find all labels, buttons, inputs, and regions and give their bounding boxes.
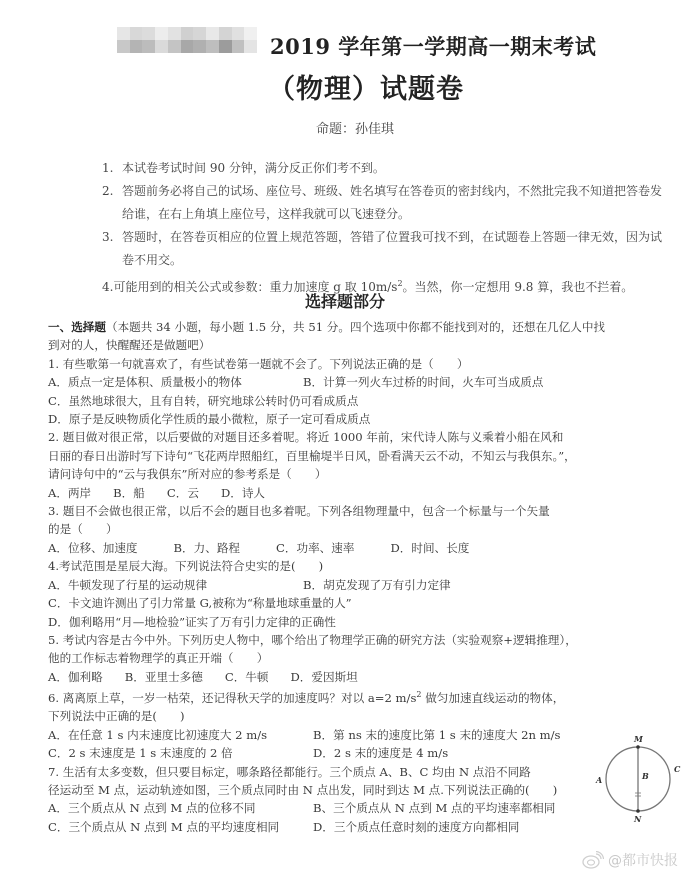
option-b: B．船 — [113, 484, 145, 502]
option-c: C．牛顿 — [225, 668, 269, 686]
svg-text:M: M — [633, 734, 644, 744]
question-stem: 6. 离离原上草，一岁一枯荣，还记得秋天学的加速度吗？对以 a=2 m/s2 做… — [48, 686, 608, 707]
question-stem: 他的工作标志着物理学的真正开端（ ） — [48, 649, 608, 667]
option-a: A．伽利略 — [48, 668, 103, 686]
option-c: C．虽然地球很大，且有自转，研究地球公转时仍可看成质点 — [48, 392, 608, 410]
watermark-text: @都市快报 — [608, 850, 678, 870]
option-b: B、三个质点从 N 点到 M 点的平均速率都相同 — [313, 799, 578, 817]
option-row: A．质点一定是体积、质量极小的物体 B．计算一列火车过桥的时间，火车可当成质点 — [48, 373, 608, 391]
question-stem: 5. 考试内容是古今中外。下列历史人物中，哪个给出了物理学正确的研究方法（实验观… — [48, 631, 608, 649]
svg-text:B: B — [641, 771, 649, 781]
option-c: C．卡文迪许测出了引力常量 G,被称为“称量地球重量的人” — [48, 594, 608, 612]
svg-text:C: C — [674, 764, 681, 774]
question-stem: 的是（ ） — [48, 520, 608, 538]
option-d: D．时间、长度 — [390, 539, 469, 557]
trajectory-diagram: M N A B C — [588, 727, 688, 837]
svg-text:N: N — [633, 814, 642, 824]
option-a: A．三个质点从 N 点到 M 点的位移不同 — [48, 799, 313, 817]
instruction-item: 2.答题前务必将自己的试场、座位号、班级、姓名填写在答卷页的密封线内，不然批完我… — [102, 180, 662, 226]
option-d: D．伽利略用“月—地检验”证实了万有引力定律的正确性 — [48, 613, 608, 631]
question-stem: 3. 题目不会做也很正常，以后不会的题目也多着呢。下列各组物理量中，包含一个标量… — [48, 502, 608, 520]
question-stem: 2. 题目做对很正常，以后要做的对题目还多着呢。将近 1000 年前，宋代诗人陈… — [48, 428, 608, 446]
option-d: D．爱因斯坦 — [291, 668, 358, 686]
question-4: 4.考试范围是星辰大海。下列说法符合史实的是( ) A．牛顿发现了行星的运动规律… — [48, 557, 608, 631]
question-1: 1. 有些歌第一句就喜欢了，有些试卷第一题就不会了。下列说法正确的是（ ） A．… — [48, 355, 608, 429]
question-7: 7. 生活有太多变数，但只要目标定，哪条路径都能行。三个质点 A、B、C 均由 … — [48, 763, 608, 837]
exam-author: 命题：孙佳琪 — [316, 118, 394, 137]
option-d: D．诗人 — [221, 484, 265, 502]
circle-path-icon: M N A B C — [588, 727, 688, 837]
option-row: A．三个质点从 N 点到 M 点的位移不同 B、三个质点从 N 点到 M 点的平… — [48, 799, 608, 817]
question-stem: 4.考试范围是星辰大海。下列说法符合史实的是( ) — [48, 557, 608, 575]
option-a: A．牛顿发现了行星的运动规律 — [48, 576, 303, 594]
option-row: A．伽利略 B．亚里士多德 C．牛顿 D．爱因斯坦 — [48, 668, 608, 686]
question-stem: 请问诗句中的“云与我俱东”所对应的参考系是（ ） — [48, 465, 608, 483]
option-a: A．两岸 — [48, 484, 91, 502]
section-title: 选择题部分 — [0, 289, 690, 312]
option-c: C．2 s 末速度是 1 s 末速度的 2 倍 — [48, 744, 313, 762]
exam-instructions: 1.本试卷考试时间 90 分钟，满分反正你们考不到。 2.答题前务必将自己的试场… — [102, 157, 662, 299]
question-6: 6. 离离原上草，一岁一枯荣，还记得秋天学的加速度吗？对以 a=2 m/s2 做… — [48, 686, 608, 762]
option-a: A．质点一定是体积、质量极小的物体 — [48, 373, 303, 391]
option-row: A．在任意 1 s 内末速度比初速度大 2 m/s B．第 ns 末的速度比第 … — [48, 726, 608, 744]
exam-title: 2019 学年第一学期高一期末考试 — [270, 31, 596, 61]
option-b: B．力、路程 — [174, 539, 241, 557]
question-list: 一、选择题（本题共 34 小题，每小题 1.5 分，共 51 分。四个选项中你都… — [48, 318, 608, 836]
option-row: A．位移、加速度 B．力、路程 C．功率、速率 D．时间、长度 — [48, 539, 608, 557]
exam-subtitle: （物理）试题卷 — [268, 67, 464, 106]
question-stem: 7. 生活有太多变数，但只要目标定，哪条路径都能行。三个质点 A、B、C 均由 … — [48, 763, 608, 781]
option-a: A．在任意 1 s 内末速度比初速度大 2 m/s — [48, 726, 313, 744]
option-b: B．计算一列火车过桥的时间，火车可当成质点 — [303, 373, 543, 391]
section-heading: 一、选择题（本题共 34 小题，每小题 1.5 分，共 51 分。四个选项中你都… — [48, 318, 608, 355]
option-row: C．三个质点从 N 点到 M 点的平均速度相同 D．三个质点任意时刻的速度方向都… — [48, 818, 608, 836]
svg-text:A: A — [595, 775, 602, 785]
option-b: B．第 ns 末的速度比第 1 s 末的速度大 2n m/s — [313, 726, 578, 744]
option-c: C．三个质点从 N 点到 M 点的平均速度相同 — [48, 818, 313, 836]
question-2: 2. 题目做对很正常，以后要做的对题目还多着呢。将近 1000 年前，宋代诗人陈… — [48, 428, 608, 502]
option-row: C．2 s 末速度是 1 s 末速度的 2 倍 D．2 s 末的速度是 4 m/… — [48, 744, 608, 762]
redacted-school-name — [117, 27, 257, 53]
question-5: 5. 考试内容是古今中外。下列历史人物中，哪个给出了物理学正确的研究方法（实验观… — [48, 631, 608, 686]
option-b: B．亚里士多德 — [125, 668, 203, 686]
option-row: A．牛顿发现了行星的运动规律 B．胡克发现了万有引力定律 — [48, 576, 608, 594]
option-c: C．云 — [167, 484, 199, 502]
option-a: A．位移、加速度 — [48, 539, 138, 557]
option-row: A．两岸 B．船 C．云 D．诗人 — [48, 484, 608, 502]
option-d: D．原子是反映物质化学性质的最小微粒，原子一定可看成质点 — [48, 410, 608, 428]
option-c: C．功率、速率 — [276, 539, 354, 557]
question-stem: 下列说法中正确的是( ) — [48, 707, 608, 725]
question-3: 3. 题目不会做也很正常，以后不会的题目也多着呢。下列各组物理量中，包含一个标量… — [48, 502, 608, 557]
instruction-item: 1.本试卷考试时间 90 分钟，满分反正你们考不到。 — [102, 157, 662, 180]
option-b: B．胡克发现了万有引力定律 — [303, 576, 451, 594]
weibo-icon — [582, 851, 604, 869]
option-d: D．三个质点任意时刻的速度方向都相同 — [313, 818, 578, 836]
question-stem: 1. 有些歌第一句就喜欢了，有些试卷第一题就不会了。下列说法正确的是（ ） — [48, 355, 608, 373]
question-stem: 径运动至 M 点，运动轨迹如图，三个质点同时由 N 点出发，同时到达 M 点.下… — [48, 781, 608, 799]
option-d: D．2 s 末的速度是 4 m/s — [313, 744, 578, 762]
question-stem: 日丽的春日出游时写下诗句“飞花两岸照船红，百里榆堤半日风，卧看满天云不动，不知云… — [48, 447, 608, 465]
watermark: @都市快报 — [582, 850, 678, 870]
instruction-item: 3.答题时，在答卷页相应的位置上规范答题，答错了位置我可找不到，在试题卷上答题一… — [102, 226, 662, 272]
